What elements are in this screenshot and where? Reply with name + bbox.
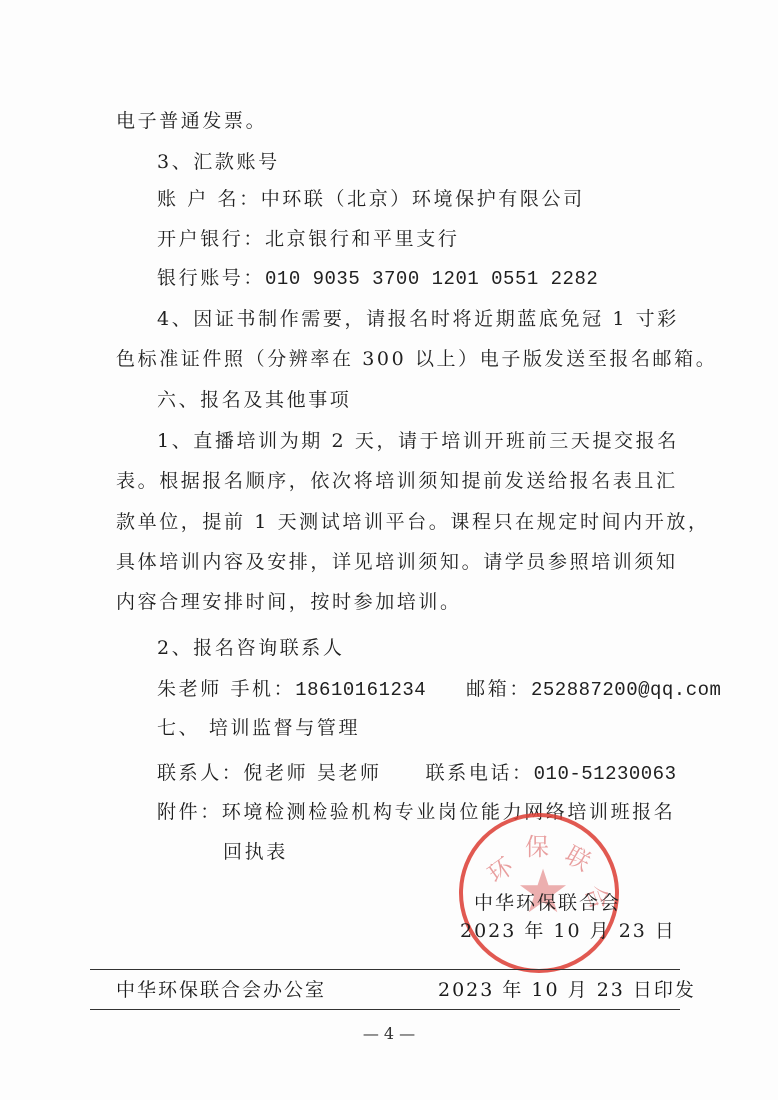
page-number: — 4 — bbox=[0, 1024, 778, 1044]
text-line-photo-requirement: 4、因证书制作需要，请报名时将近期蓝底免冠 1 寸彩 bbox=[157, 307, 679, 331]
footer-issued-date: 2023 年 10 月 23 日印发 bbox=[438, 978, 696, 1002]
bank-account-label: 银行账号： bbox=[157, 267, 265, 289]
heading-supervision: 七、 培训监督与管理 bbox=[157, 716, 360, 740]
text-line-training-4: 具体培训内容及安排，详见培训须知。请学员参照培训须知 bbox=[116, 550, 678, 574]
account-name-label: 账 户 名： bbox=[157, 188, 261, 210]
contact-row-zhu: 朱老师 手机：18610161234邮箱：252887200@qq.com bbox=[157, 677, 721, 702]
bank-account-row: 银行账号：010 9035 3700 1201 0551 2282 bbox=[157, 266, 598, 291]
account-name-value: 中环联（北京）环境保护有限公司 bbox=[261, 188, 585, 210]
heading-remittance-account: 3、汇款账号 bbox=[157, 150, 280, 174]
bank-account-value: 010 9035 3700 1201 0551 2282 bbox=[265, 268, 598, 290]
document-page: 电子普通发票。 3、汇款账号 账 户 名：中环联（北京）环境保护有限公司 开户银… bbox=[0, 0, 778, 1100]
attachment-line-cont: 回执表 bbox=[223, 840, 288, 864]
attachment-line: 附件：环境检测检验机构专业岗位能力网络培训班报名 bbox=[157, 800, 675, 824]
supervision-contact-names: 联系人：倪老师 吴老师 bbox=[157, 762, 382, 784]
text-line-training-2: 表。根据报名顺序，依次将培训须知提前发送给报名表且汇 bbox=[116, 469, 678, 493]
contact-email[interactable]: 252887200@qq.com bbox=[531, 679, 721, 701]
text-line-training-3: 款单位，提前 1 天测试培训平台。课程只在规定时间内开放， bbox=[116, 510, 710, 534]
contact-phone: 18610161234 bbox=[295, 679, 426, 701]
bank-name-label: 开户银行： bbox=[157, 228, 265, 250]
contact-name: 朱老师 手机： bbox=[157, 678, 295, 700]
text-line-training-1: 1、直播培训为期 2 天，请于培训开班前三天提交报名 bbox=[157, 429, 679, 453]
contact-email-label: 邮箱： bbox=[466, 678, 531, 700]
text-line-invoice: 电子普通发票。 bbox=[116, 109, 267, 133]
footer-top-rule bbox=[90, 969, 680, 970]
supervision-phone: 010-51230063 bbox=[534, 763, 677, 785]
bank-name-value: 北京银行和平里支行 bbox=[265, 228, 459, 250]
supervision-contact-row: 联系人：倪老师 吴老师联系电话：010-51230063 bbox=[157, 761, 676, 786]
text-line-training-5: 内容合理安排时间，按时参加培训。 bbox=[116, 590, 462, 614]
footer-bottom-rule bbox=[90, 1009, 680, 1010]
signature-date: 2023 年 10 月 23 日 bbox=[460, 919, 676, 943]
footer-office: 中华环保联合会办公室 bbox=[116, 978, 326, 1002]
text-line-photo-requirement-cont: 色标准证件照（分辨率在 300 以上）电子版发送至报名邮箱。 bbox=[116, 347, 717, 371]
account-name-row: 账 户 名：中环联（北京）环境保护有限公司 bbox=[157, 187, 585, 211]
heading-registration: 六、报名及其他事项 bbox=[157, 388, 351, 412]
supervision-phone-label: 联系电话： bbox=[426, 762, 534, 784]
signature-org: 中华环保联合会 bbox=[474, 891, 621, 915]
heading-contact: 2、报名咨询联系人 bbox=[157, 636, 345, 660]
bank-name-row: 开户银行：北京银行和平里支行 bbox=[157, 227, 459, 251]
